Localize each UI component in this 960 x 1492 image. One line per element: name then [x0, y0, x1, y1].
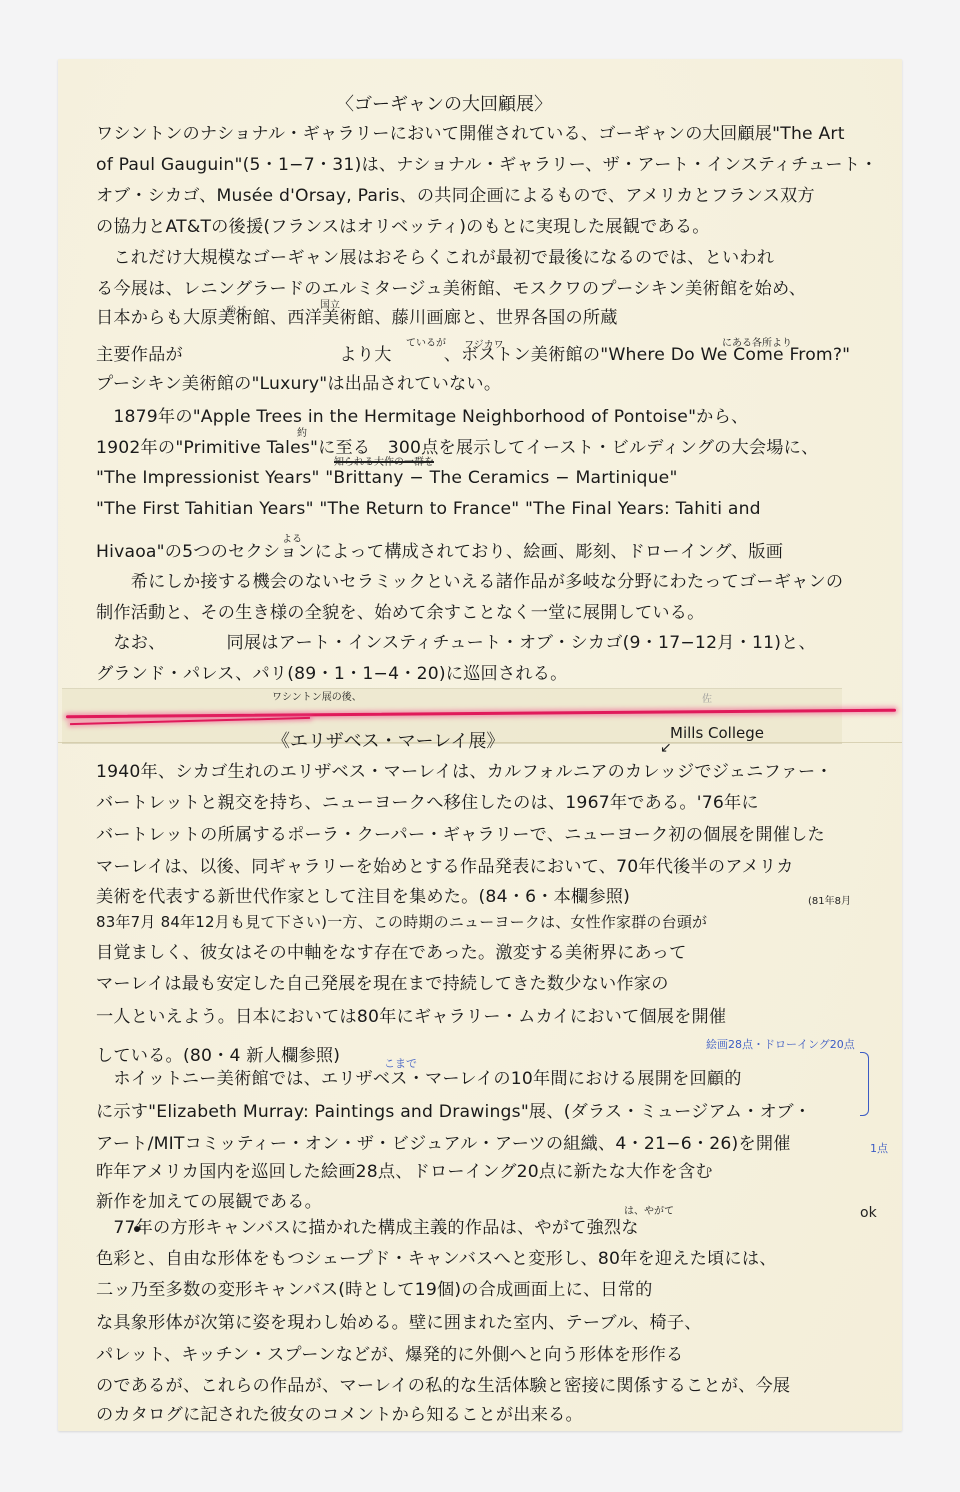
text-line: 1940年、シカゴ生れのエリザベス・マーレイは、カルフォルニアのカレッジでジェニ… [96, 760, 833, 784]
text-line: アート/MITコミッティー・オン・ザ・ビジュアル・アーツの組織、4・21−6・2… [96, 1132, 791, 1156]
annotation: 殆ど [226, 302, 246, 317]
annotation: ているが [406, 334, 446, 349]
section1-heading: 〈ゴーギャンの大回顧展〉 [336, 90, 552, 116]
text-line: 新作を加えての展観である。 [96, 1190, 322, 1214]
arrow-icon: ↙ [660, 740, 672, 756]
annotation: 国立 [320, 296, 340, 311]
text-line: している。(80・4 新人欄参照) [96, 1044, 340, 1068]
text-line: ワシントンのナショナル・ギャラリーにおいて開催されている、ゴーギャンの大回顧展"… [96, 122, 845, 146]
margin-note-mills-college: Mills College [670, 724, 764, 742]
text-line: 77年の方形キャンバスに描かれた構成主義的作品は、やがて強烈な [96, 1216, 639, 1240]
text-line: グランド・パレス、パリ(89・1・1−4・20)に巡回される。 [96, 662, 568, 686]
text-line: 制作活動と、その生き様の全貌を、始めて余すことなく一堂に展開している。 [96, 601, 705, 625]
text-line: のであるが、これらの作品が、マーレイの私的な生活体験と密接に関係することが、今展 [96, 1374, 790, 1398]
text-line: バートレットの所属するポーラ・クーパー・ギャラリーで、ニューヨーク初の個展を開催… [96, 823, 825, 847]
text-line: "The Impressionist Years" "Brittany − Th… [96, 466, 678, 490]
annotation: ワシントン展の後、 [272, 688, 362, 703]
text-line: マーレイは、以後、同ギャラリーを始めとする作品発表において、70年代後半のアメリ… [96, 855, 794, 879]
annotation: 佐 [702, 690, 712, 705]
text-line: 二ッ乃至多数の変形キャンバス(時として19個)の合成画面上に、日常的 [96, 1278, 653, 1302]
text-line: オブ・シカゴ、Musée d'Orsay, Paris、の共同企画によるもので、… [96, 184, 815, 208]
text-line: 1879年の"Apple Trees in the Hermitage Neig… [96, 405, 748, 429]
text-line: の協力とAT&Tの後援(フランスはオリベッティ)のもとに実現した展観である。 [96, 215, 710, 239]
text-line: に示す"Elizabeth Murray: Paintings and Draw… [96, 1100, 811, 1124]
blue-annotation: 1点 [870, 1140, 888, 1156]
text-line: パレット、キッチン・スプーンなどが、爆発的に外側へと向う形体を形作る [96, 1343, 683, 1367]
text-line: 日本からも大原美術館、西洋美術館、藤川画廊と、世界各国の所蔵 [96, 306, 618, 330]
section2-heading: 《エリザベス・マーレイ展》 [272, 727, 504, 753]
text-line: これだけ大規模なゴーギャン展はおそらくこれが最初で最後になるのでは、といわれ [96, 246, 774, 270]
text-line: ホイットニー美術館では、エリザベス・マーレイの10年間における展開を回顧的 [96, 1067, 742, 1091]
blue-annotation: 絵画28点・ドローイング20点 [706, 1036, 855, 1052]
text-line: 美術を代表する新世代作家として注目を集めた。(84・6・本欄参照) [96, 885, 630, 909]
blue-bracket-mark [860, 1052, 869, 1116]
text-line: Hivaoa"の5つのセクションによって構成されており、絵画、彫刻、ドローイング… [96, 540, 783, 564]
text-line: 1902年の"Primitive Tales"に至る 300点を展示してイースト… [96, 436, 818, 460]
text-line: プーシキン美術館の"Luxury"は出品されていない。 [96, 372, 501, 396]
text-line: 83年7月 84年12月も見て下さい)一方、この時期のニューヨークは、女性作家群… [96, 910, 707, 934]
annotation: ok [860, 1205, 877, 1221]
text-line: のカタログに記された彼女のコメントから知ることが出来る。 [96, 1403, 583, 1427]
annotation: フジカワ [464, 336, 504, 351]
text-line: な具象形体が次第に姿を現わし始める。壁に囲まれた室内、テーブル、椅子、 [96, 1311, 702, 1335]
text-line: 色彩と、自由な形体をもつシェープド・キャンバスへと変形し、80年を迎えた頃には、 [96, 1247, 777, 1271]
annotation: は、やがて [624, 1202, 674, 1217]
text-line: バートレットと親交を持ち、ニューヨークへ移住したのは、1967年である。'76年… [96, 791, 759, 815]
text-line: る今展は、レニングラードのエルミタージュ美術館、モスクワのプーシキン美術館を始め… [96, 277, 806, 301]
text-line: 昨年アメリカ国内を巡回した絵画28点、ドローイング20点に新たな大作を含む [96, 1160, 713, 1184]
annotation: (81年8月 [808, 892, 851, 907]
text-line: なお、 同展はアート・インスティチュート・オブ・シカゴ(9・17−12月・11)… [96, 631, 816, 655]
text-line: 目覚ましく、彼女はその中軸をなす存在であった。激変する美術界にあって [96, 941, 687, 965]
text-line: 希にしか接する機会のないセラミックといえる諸作品が多岐な分野にわたってゴーギャン… [96, 570, 843, 594]
text-line: 一人といえよう。日本においては80年にギャラリー・ムカイにおいて個展を開催 [96, 1005, 726, 1029]
text-line: of Paul Gauguin"(5・1−7・31)は、ナショナル・ギャラリー、… [96, 153, 878, 177]
text-line: "The First Tahitian Years" "The Return t… [96, 497, 761, 521]
text-line: マーレイは最も安定した自己発展を現在まで持続してきた数少ない作家の [96, 972, 669, 996]
